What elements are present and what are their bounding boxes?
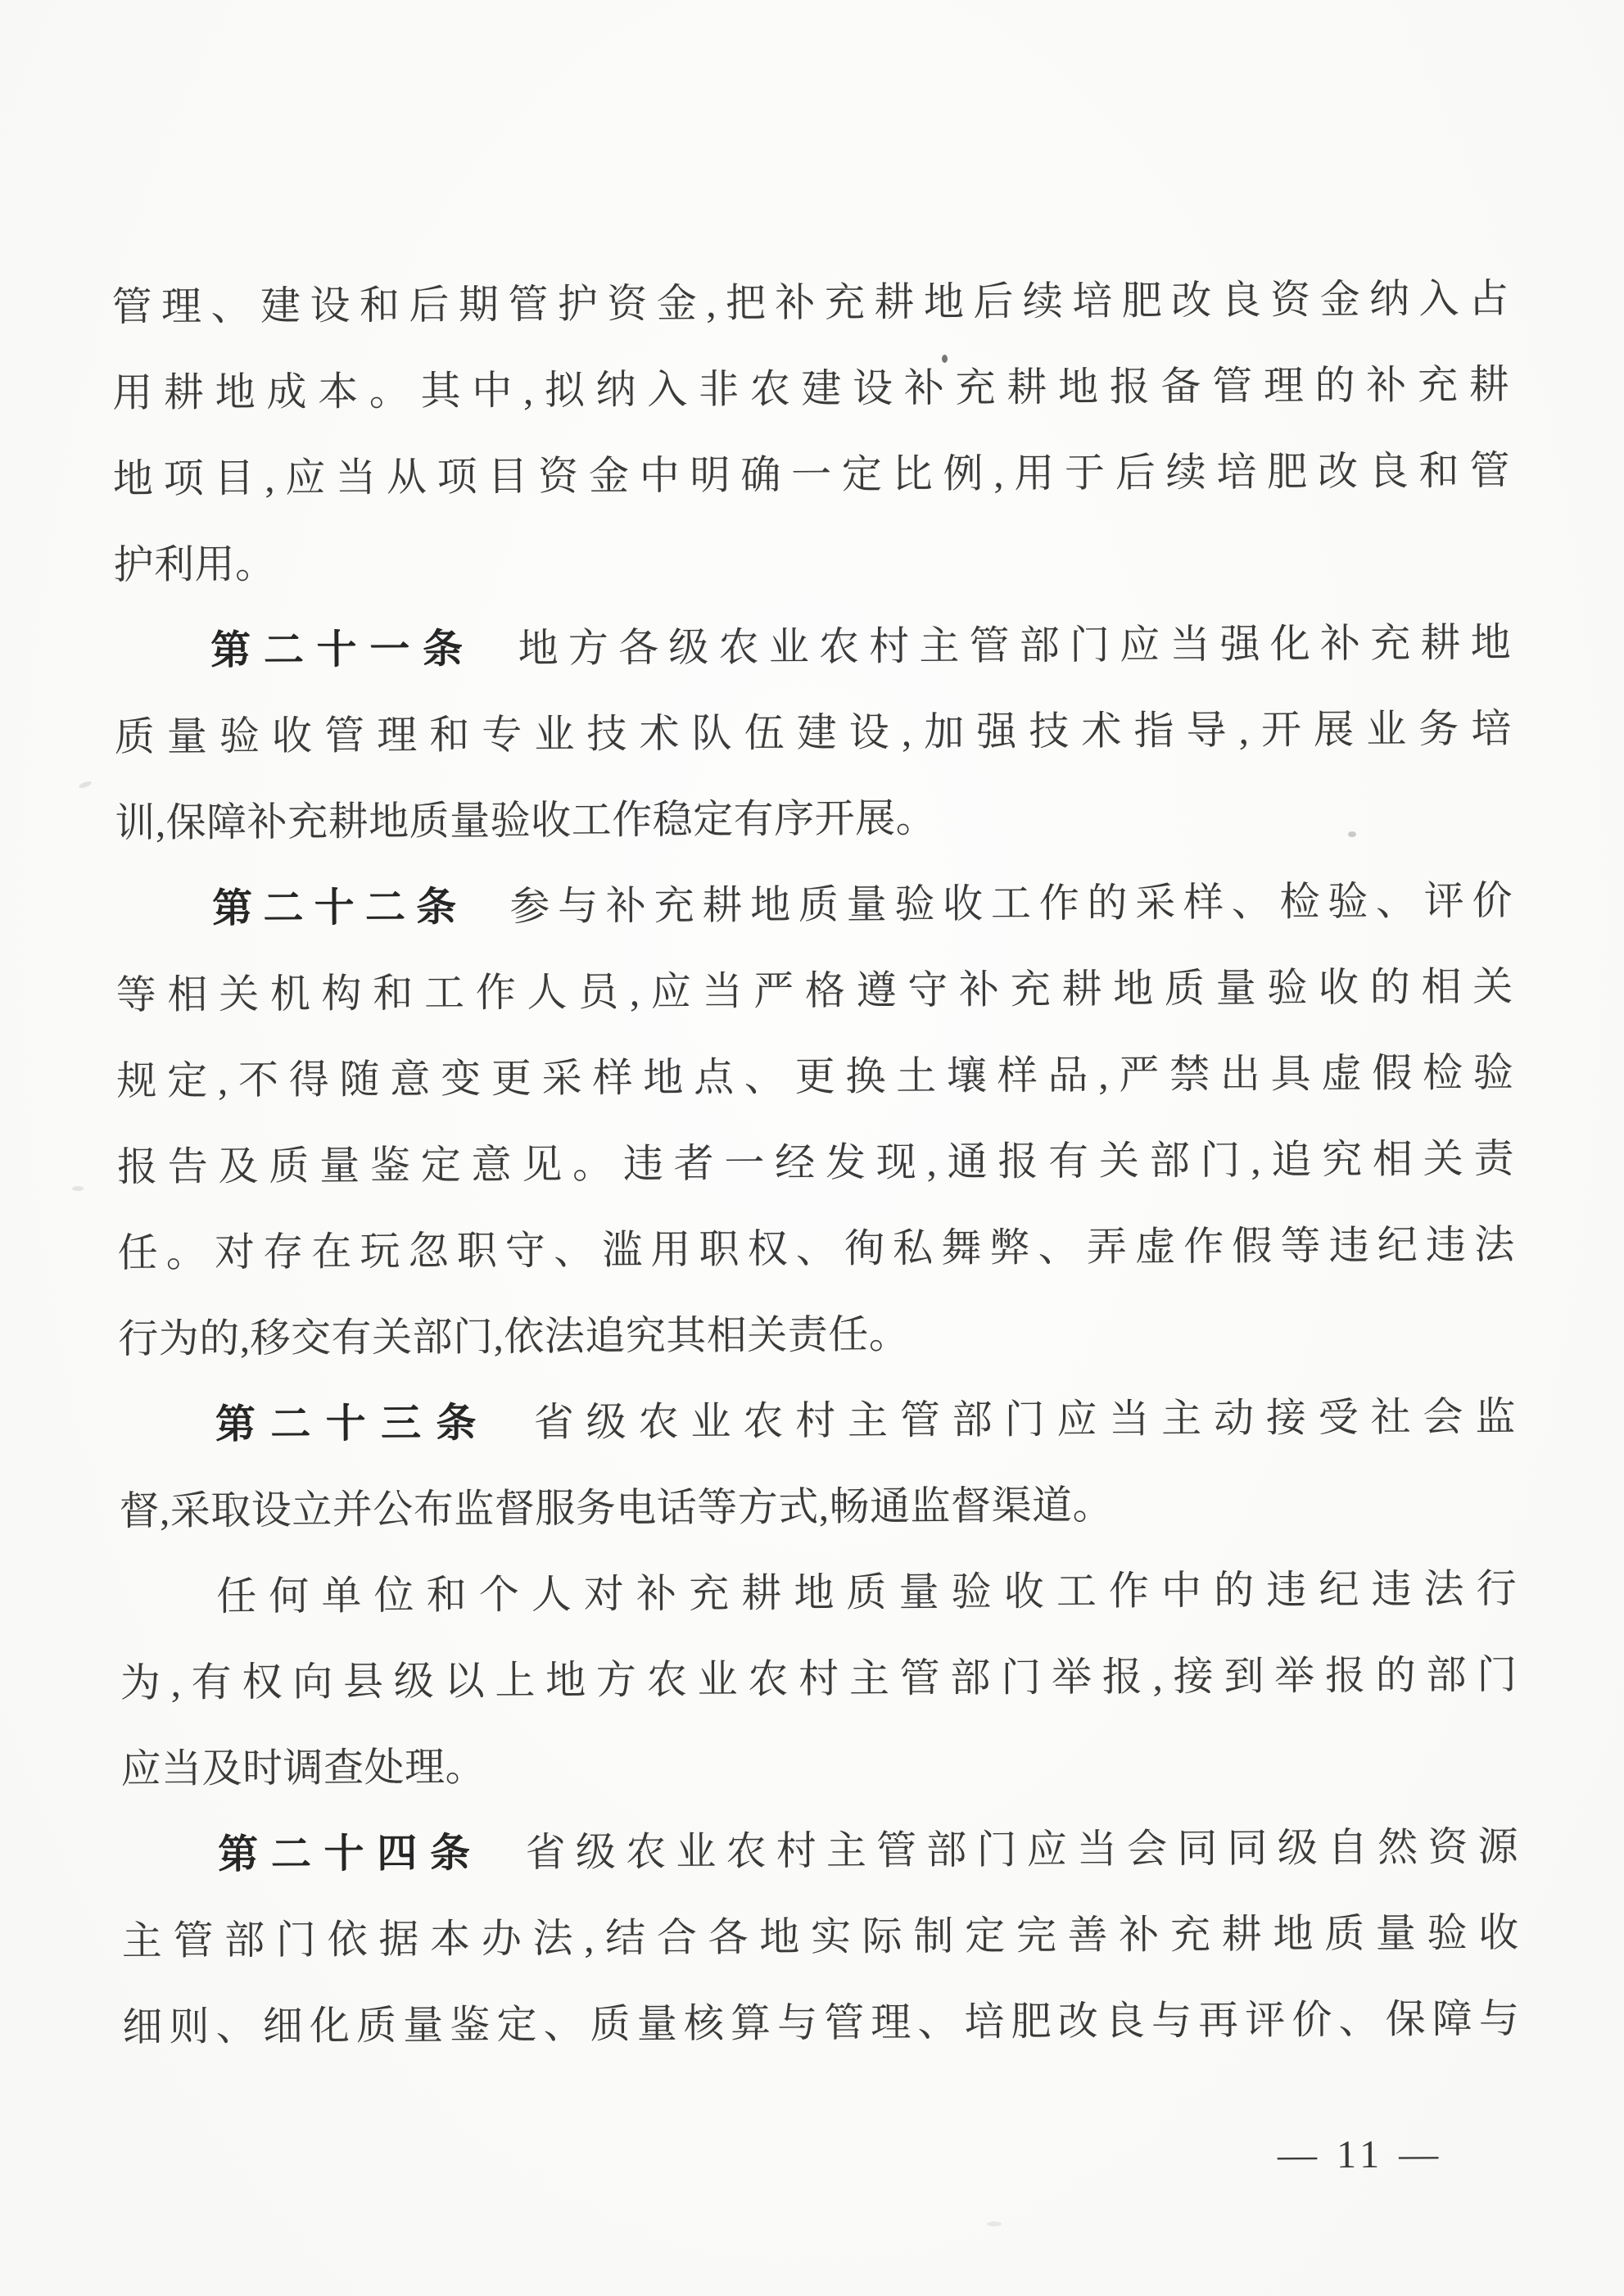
scan-artifact-smudge: [987, 2221, 1002, 2226]
scan-artifact-speck: [1348, 831, 1356, 837]
text-line: 任何单位和个人对补充耕地质量验收工作中的违纪违法行: [120, 1546, 1518, 1640]
text-line: 等相关机构和工作人员,应当严格遵守补充耕地质量验收的相关: [115, 944, 1513, 1038]
document-lines: 管理、建设和后期管护资金,把补充耕地后续培肥改良资金纳入占用耕地成本。其中,拟纳…: [111, 256, 1519, 2070]
article-line: 第二十二条参与补充耕地质量验收工作的采样、检验、评价: [115, 858, 1513, 952]
article-number: 第二十三条: [215, 1400, 491, 1447]
page-number: — 11 —: [1278, 2126, 1444, 2184]
article-line: 第二十四条省级农业农村主管部门应当会同同级自然资源: [121, 1804, 1519, 1898]
text-line: 地项目,应当从项目资金中明确一定比例,用于后续培肥改良和管: [113, 428, 1511, 522]
article-line: 第二十一条地方各级农业农村主管部门应当强化补充耕地: [114, 600, 1512, 694]
text-line: 训,保障补充耕地质量验收工作稳定有序开展。: [115, 772, 1513, 866]
scan-artifact-smudge: [78, 780, 92, 789]
article-number: 第二十一条: [210, 627, 476, 673]
text-line: 用耕地成本。其中,拟纳入非农建设补充耕地报备管理的补充耕: [112, 342, 1510, 436]
article-line: 第二十三条省级农业农村主管部门应当主动接受社会监: [119, 1374, 1517, 1468]
text-line: 细则、细化质量鉴定、质量核算与管理、培肥改良与再评价、保障与: [122, 1976, 1520, 2070]
line-text: 省级农业农村主管部门应当会同同级自然资源: [526, 1824, 1519, 1875]
scan-artifact-speck: [942, 355, 948, 363]
text-line: 规定,不得随意变更采样地点、更换土壤样品,严禁出具虚假检验: [116, 1030, 1514, 1124]
line-text: 参与补充耕地质量验收工作的采样、检验、评价: [509, 878, 1513, 929]
article-number: 第二十四条: [218, 1830, 483, 1877]
scan-artifact-smudge: [72, 1186, 84, 1191]
text-line: 报告及质量鉴定意见。违者一经发现,通报有关部门,追究相关责: [117, 1116, 1515, 1210]
line-text: 地方各级农业农村主管部门应当强化补充耕地: [518, 620, 1512, 671]
text-line: 护利用。: [113, 514, 1511, 608]
text-line: 质量验收管理和专业技术队伍建设,加强技术指导,开展业务培: [114, 686, 1512, 780]
text-line: 管理、建设和后期管护资金,把补充耕地后续培肥改良资金纳入占: [111, 256, 1509, 350]
article-number: 第二十二条: [212, 885, 468, 931]
text-line: 主管部门依据本办法,结合各地实际制定完善补充耕地质量验收: [121, 1890, 1519, 1984]
text-line: 行为的,移交有关部门,依法追究其相关责任。: [118, 1288, 1516, 1382]
text-line: 应当及时调查处理。: [120, 1718, 1518, 1812]
text-line: 为,有权向县级以上地方农业农村主管部门举报,接到举报的部门: [120, 1632, 1518, 1726]
line-text: 省级农业农村主管部门应当主动接受社会监: [534, 1394, 1516, 1445]
text-line: 督,采取设立并公布监督服务电话等方式,畅通监督渠道。: [119, 1460, 1517, 1554]
text-line: 任。对存在玩忽职守、滥用职权、徇私舞弊、弄虚作假等违纪违法: [117, 1202, 1515, 1296]
scanned-document-page: 管理、建设和后期管护资金,把补充耕地后续培肥改良资金纳入占用耕地成本。其中,拟纳…: [0, 0, 1624, 2296]
